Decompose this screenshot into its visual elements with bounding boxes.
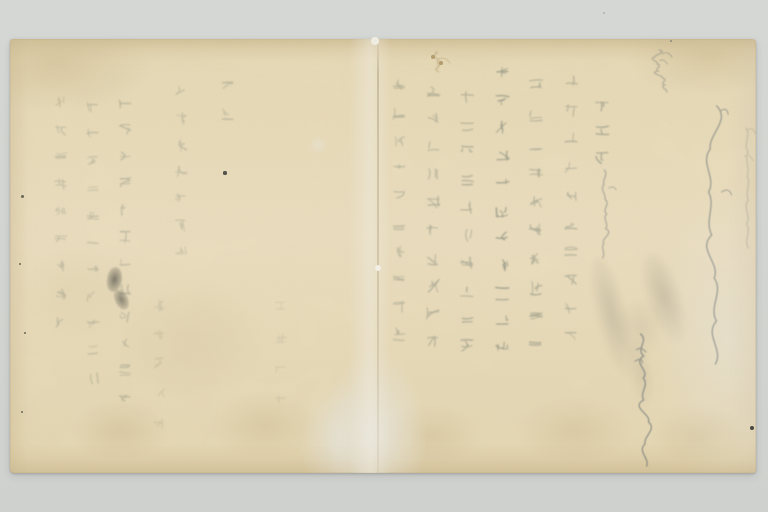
photograph: Photograph of an aged cream-colored manu… (0, 0, 768, 512)
manuscript-paper (10, 39, 756, 473)
